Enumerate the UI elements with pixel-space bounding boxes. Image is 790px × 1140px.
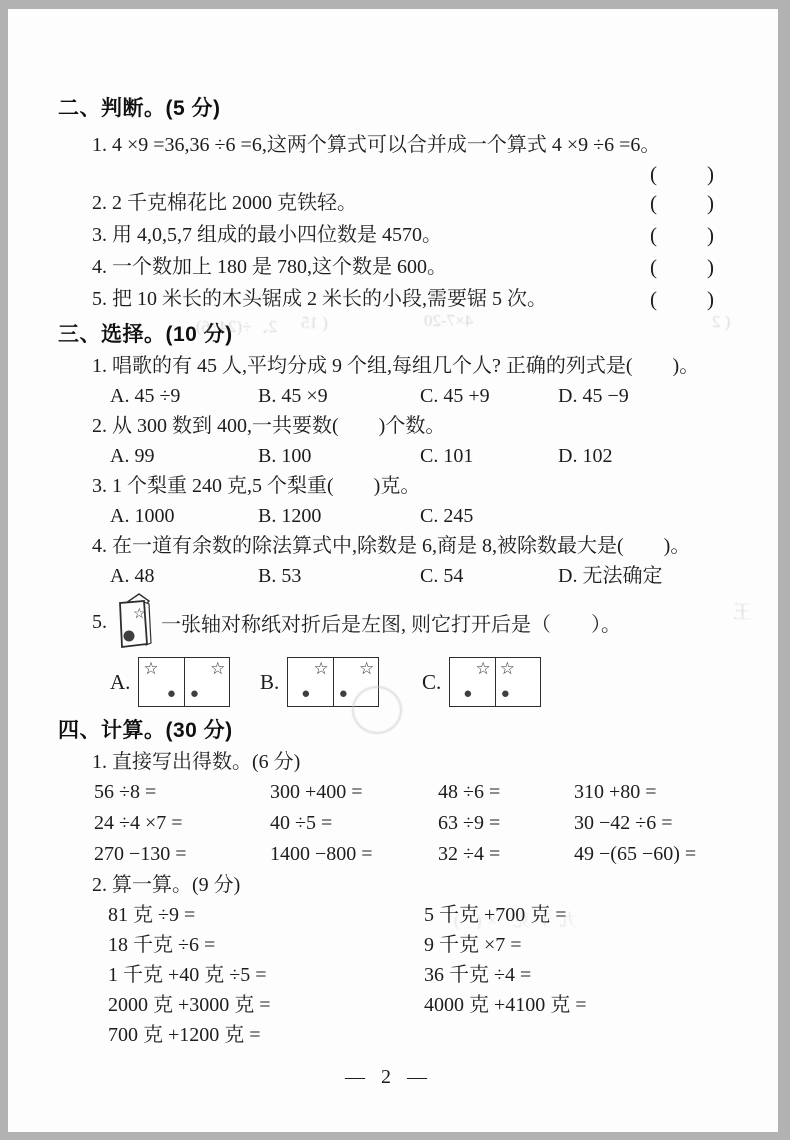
calc-expression: 700 克 +1200 克 = bbox=[108, 1020, 424, 1050]
figure-option-c-label: C. bbox=[422, 670, 441, 695]
judge-item-5: 5. 把 10 米长的木头锯成 2 米长的小段,需要锯 5 次。 ( ) bbox=[58, 283, 714, 315]
footer-dash: — bbox=[407, 1066, 427, 1089]
answer-parens: ( ) bbox=[650, 161, 714, 187]
paren-close: ) bbox=[707, 219, 714, 251]
paren-open: ( bbox=[650, 283, 657, 315]
judge-item-2-text: 2. 2 千克棉花比 2000 克铁轻。 bbox=[92, 187, 650, 219]
calc-expression: 81 克 ÷9 = bbox=[108, 900, 424, 930]
star-icon: ☆ bbox=[143, 660, 158, 677]
calc-units-right-column: 5 千克 +700 克 = 9 千克 ×7 = 36 千克 ÷4 = 4000 … bbox=[424, 900, 587, 1050]
figure-cell: ☆● bbox=[495, 658, 541, 706]
choice-q3-options: A. 1000 B. 1200 C. 245 bbox=[58, 501, 714, 531]
calc-expression: 5 千克 +700 克 = bbox=[424, 900, 587, 930]
calc-expression: 300 +400 = bbox=[270, 777, 438, 808]
exam-page: 二、判断。(5 分) 1. 4 ×9 =36,36 ÷6 =6,这两个算式可以合… bbox=[8, 9, 778, 1132]
paren-close: ) bbox=[707, 161, 714, 187]
figure-cell: ☆● bbox=[333, 658, 379, 706]
star-icon: ☆ bbox=[210, 660, 225, 677]
calc-direct-grid: 56 ÷8 = 300 +400 = 48 ÷6 = 310 +80 = 24 … bbox=[58, 777, 714, 870]
figure-star-icon: ☆ bbox=[133, 607, 146, 622]
option-d: D. 45 −9 bbox=[558, 381, 714, 411]
figure-option-c-box: ☆● ☆● bbox=[449, 657, 541, 707]
page-footer: — 2 — bbox=[58, 1066, 714, 1089]
choice-q5-text: 一张轴对称纸对折后是左图, 则它打开后是（ ）。 bbox=[161, 608, 621, 637]
calc-expression: 310 +80 = bbox=[574, 777, 714, 808]
section-choice-heading: 三、选择。(10 分) bbox=[58, 319, 714, 351]
judge-item-1-text: 1. 4 ×9 =36,36 ÷6 =6,这两个算式可以合并成一个算式 4 ×9… bbox=[92, 134, 660, 156]
figure-cell: ☆● bbox=[139, 658, 184, 706]
star-icon: ☆ bbox=[359, 660, 374, 677]
section-choice: 三、选择。(10 分) 1. 唱歌的有 45 人,平均分成 9 个组,每组几个人… bbox=[58, 319, 714, 709]
calc-expression: 270 −130 = bbox=[94, 839, 270, 870]
option-b: B. 100 bbox=[258, 441, 420, 471]
option-c: C. 245 bbox=[420, 501, 558, 531]
figure-cell: ☆● bbox=[450, 658, 495, 706]
scanned-exam-sheet: { "glyphs": { "paren_open": "(", "paren_… bbox=[0, 0, 790, 1140]
choice-q2-options: A. 99 B. 100 C. 101 D. 102 bbox=[58, 441, 714, 471]
calc-expression: 49 −(65 −60) = bbox=[574, 839, 714, 870]
calc-sub1-title: 1. 直接写出得数。(6 分) bbox=[58, 747, 714, 777]
answer-parens: ( ) bbox=[650, 219, 714, 251]
judge-item-4: 4. 一个数加上 180 是 780,这个数是 600。 ( ) bbox=[58, 251, 714, 283]
figure-cell: ☆● bbox=[184, 658, 230, 706]
figure-cell: ☆● bbox=[288, 658, 333, 706]
figure-option-a: A. ☆● ☆● bbox=[110, 657, 260, 707]
calc-units-columns: 81 克 ÷9 = 18 千克 ÷6 = 1 千克 +40 克 ÷5 = 200… bbox=[58, 900, 714, 1050]
calc-expression: 1 千克 +40 克 ÷5 = bbox=[108, 960, 424, 990]
star-icon: ☆ bbox=[500, 660, 515, 677]
judge-item-1-answer-line: ( ) bbox=[58, 161, 714, 187]
dot-icon: ● bbox=[501, 687, 510, 702]
star-icon: ☆ bbox=[476, 660, 491, 677]
option-a: A. 48 bbox=[110, 561, 258, 591]
paren-open: ( bbox=[650, 187, 657, 219]
figure-option-b-label: B. bbox=[260, 670, 279, 695]
choice-q1-options: A. 45 ÷9 B. 45 ×9 C. 45 +9 D. 45 −9 bbox=[58, 381, 714, 411]
option-c: C. 45 +9 bbox=[420, 381, 558, 411]
calc-expression: 40 ÷5 = bbox=[270, 808, 438, 839]
option-a: A. 1000 bbox=[110, 501, 258, 531]
calc-expression: 36 千克 ÷4 = bbox=[424, 960, 587, 990]
answer-parens: ( ) bbox=[650, 251, 714, 283]
calc-expression: 9 千克 ×7 = bbox=[424, 930, 587, 960]
choice-q1-text: 1. 唱歌的有 45 人,平均分成 9 个组,每组几个人? 正确的列式是( )。 bbox=[58, 351, 714, 381]
paren-open: ( bbox=[650, 219, 657, 251]
calc-expression: 1400 −800 = bbox=[270, 839, 438, 870]
calc-expression: 24 ÷4 ×7 = bbox=[94, 808, 270, 839]
judge-item-5-text: 5. 把 10 米长的木头锯成 2 米长的小段,需要锯 5 次。 bbox=[92, 283, 650, 315]
judge-item-4-text: 4. 一个数加上 180 是 780,这个数是 600。 bbox=[92, 251, 650, 283]
paren-open: ( bbox=[650, 161, 657, 187]
calc-expression: 63 ÷9 = bbox=[438, 808, 574, 839]
option-b: B. 53 bbox=[258, 561, 420, 591]
calc-sub2-title: 2. 算一算。(9 分) bbox=[58, 870, 714, 900]
section-judge: 二、判断。(5 分) 1. 4 ×9 =36,36 ÷6 =6,这两个算式可以合… bbox=[58, 93, 714, 315]
choice-q3-text: 3. 1 个梨重 240 克,5 个梨重( )克。 bbox=[58, 471, 714, 501]
judge-item-1: 1. 4 ×9 =36,36 ÷6 =6,这两个算式可以合并成一个算式 4 ×9… bbox=[58, 129, 714, 161]
calc-expression: 2000 克 +3000 克 = bbox=[108, 990, 424, 1020]
calc-expression: 18 千克 ÷6 = bbox=[108, 930, 424, 960]
option-d: D. 无法确定 bbox=[558, 561, 714, 591]
answer-parens: ( ) bbox=[650, 187, 714, 219]
section-calc: 四、计算。(30 分) 1. 直接写出得数。(6 分) 56 ÷8 = 300 … bbox=[58, 715, 714, 1050]
section-judge-heading: 二、判断。(5 分) bbox=[58, 93, 714, 125]
calc-expression: 56 ÷8 = bbox=[94, 777, 270, 808]
section-calc-heading: 四、计算。(30 分) bbox=[58, 715, 714, 747]
figure-option-a-label: A. bbox=[110, 670, 130, 695]
paren-close: ) bbox=[707, 187, 714, 219]
folded-paper-figure: ☆ bbox=[113, 592, 153, 652]
option-b: B. 45 ×9 bbox=[258, 381, 420, 411]
calc-units-left-column: 81 克 ÷9 = 18 千克 ÷6 = 1 千克 +40 克 ÷5 = 200… bbox=[108, 900, 424, 1050]
paren-close: ) bbox=[707, 251, 714, 283]
choice-q4-options: A. 48 B. 53 C. 54 D. 无法确定 bbox=[58, 561, 714, 591]
figure-option-a-box: ☆● ☆● bbox=[138, 657, 230, 707]
dot-icon: ● bbox=[167, 687, 176, 702]
calc-expression: 30 −42 ÷6 = bbox=[574, 808, 714, 839]
answer-parens: ( ) bbox=[650, 283, 714, 315]
figure-option-b: B. ☆● ☆● bbox=[260, 657, 422, 707]
option-a: A. 45 ÷9 bbox=[110, 381, 258, 411]
dot-icon: ● bbox=[301, 687, 310, 702]
judge-item-3: 3. 用 4,0,5,7 组成的最小四位数是 4570。 ( ) bbox=[58, 219, 714, 251]
choice-q5-figure-options: A. ☆● ☆● B. ☆● ☆● C. ☆● ☆● bbox=[58, 655, 714, 709]
figure-dot-icon bbox=[124, 631, 135, 642]
option-c: C. 54 bbox=[420, 561, 558, 591]
option-d: D. 102 bbox=[558, 441, 714, 471]
option-c: C. 101 bbox=[420, 441, 558, 471]
calc-expression: 4000 克 +4100 克 = bbox=[424, 990, 587, 1020]
figure-option-c: C. ☆● ☆● bbox=[422, 657, 541, 707]
option-b: B. 1200 bbox=[258, 501, 420, 531]
figure-option-b-box: ☆● ☆● bbox=[287, 657, 379, 707]
star-icon: ☆ bbox=[314, 660, 329, 677]
calc-expression: 48 ÷6 = bbox=[438, 777, 574, 808]
choice-q4-text: 4. 在一道有余数的除法算式中,除数是 6,商是 8,被除数最大是( )。 bbox=[58, 531, 714, 561]
calc-expression: 32 ÷4 = bbox=[438, 839, 574, 870]
judge-item-2: 2. 2 千克棉花比 2000 克铁轻。 ( ) bbox=[58, 187, 714, 219]
dot-icon: ● bbox=[339, 687, 348, 702]
option-a: A. 99 bbox=[110, 441, 258, 471]
footer-dash: — bbox=[345, 1066, 365, 1089]
choice-q5-number: 5. bbox=[92, 611, 107, 634]
paren-open: ( bbox=[650, 251, 657, 283]
dot-icon: ● bbox=[463, 687, 472, 702]
dot-icon: ● bbox=[190, 687, 199, 702]
choice-q5: 5. ☆ 一张轴对称纸对折后是左图, 则它打开后是（ ）。 bbox=[58, 591, 714, 653]
judge-item-3-text: 3. 用 4,0,5,7 组成的最小四位数是 4570。 bbox=[92, 219, 650, 251]
choice-q2-text: 2. 从 300 数到 400,一共要数( )个数。 bbox=[58, 411, 714, 441]
page-number: 2 bbox=[381, 1066, 391, 1089]
paren-close: ) bbox=[707, 283, 714, 315]
